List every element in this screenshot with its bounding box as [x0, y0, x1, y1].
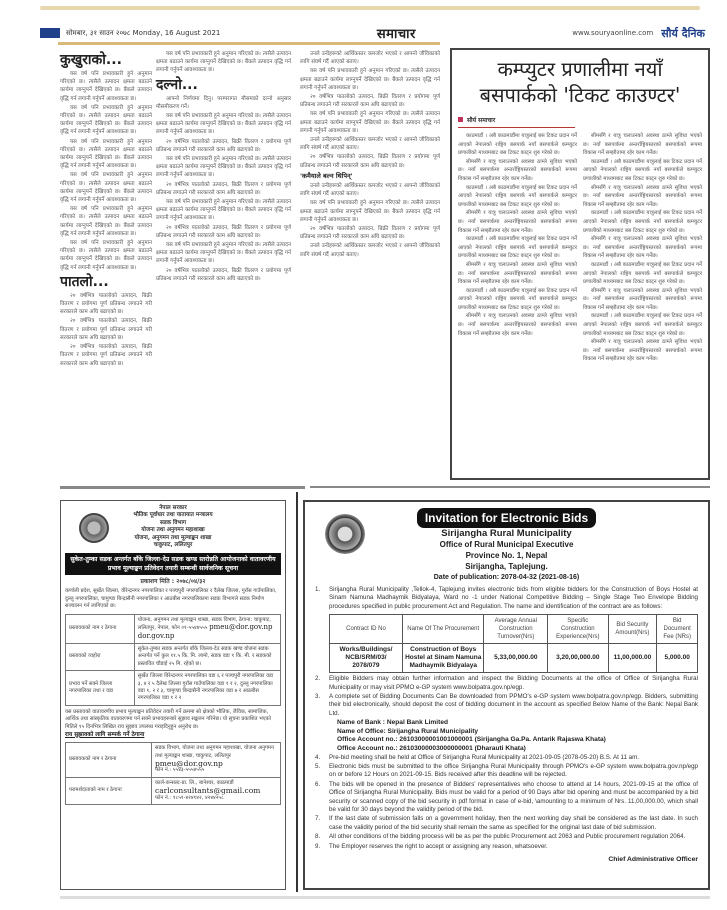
- table-row: Works/Buildings/ NCB/SRM/03/ 2078/079 Co…: [330, 644, 698, 673]
- email-link[interactable]: pmeu@dor.gov.np: [209, 623, 272, 631]
- brand-name: सौर्य दैनिक: [661, 26, 705, 41]
- list-item: 8.All other conditions of the bidding pr…: [315, 833, 698, 841]
- item-text: If the last date of submission falls on …: [329, 815, 698, 832]
- section-divider-left: [60, 486, 305, 489]
- top-decorative-bar: [40, 6, 700, 10]
- col3-body-2: यस वर्ष पनि प्रभावकारी हुने अनुमान गरिएक…: [300, 67, 440, 92]
- col2-body-1: यस वर्ष पनि प्रभावकारी हुने अनुमान गरिएक…: [156, 50, 291, 75]
- feature-para: सीमसँगै र यात्रु चलाउनको अवस्था ठाम्ले स…: [583, 338, 702, 364]
- row-value: कार्ल-कन्सल्ट-प्रा. लि., बानेश्वर, काठमा…: [152, 777, 281, 804]
- location: Sirijangha, Taplejung.: [315, 561, 698, 572]
- item-text: Electronic bids must be submitted to the…: [329, 763, 698, 780]
- item-text: Pre-bid meeting shall be held at Office …: [329, 754, 698, 762]
- header-date: सोमबार, ३१ साउन २०७८ Monday, 16 August 2…: [66, 29, 220, 38]
- nepal-emblem-icon: [325, 514, 365, 554]
- contract-table: Contract ID No Name Of The Procurement A…: [329, 614, 698, 673]
- bank-office: Name of Office: Sirijangha Rural Municip…: [337, 728, 698, 737]
- patalo-heading: पातलो...: [60, 274, 152, 290]
- contact-table: प्रस्तावकको नाम र ठेगाना सडक विभाग, योजन…: [65, 742, 281, 805]
- list-item: 7.If the last date of submission falls o…: [315, 815, 698, 832]
- feature-para: काठमाडौं । अबै काठमाडौंमा यात्रुलाई बस ट…: [583, 261, 702, 287]
- feature-byline: सौर्य समाचार: [458, 116, 575, 128]
- notice-body: यस प्रस्तावको वातावरणीय प्रभाव मूल्याङ्क…: [65, 709, 281, 732]
- row-label: परामर्शदाताको नाम र ठेगाना: [66, 777, 152, 804]
- list-item: 4.Pre-bid meeting shall be held at Offic…: [315, 754, 698, 762]
- email-link[interactable]: carlconsultants@gmail.com: [155, 787, 277, 794]
- page-header: सोमबार, ३१ साउन २०७८ Monday, 16 August 2…: [40, 26, 705, 40]
- article-column-2: यस वर्ष पनि प्रभावकारी हुने अनुमान गरिएक…: [156, 50, 291, 284]
- table-row: प्रस्तावकको नाम र ठेगाना सडक विभाग, योजन…: [66, 743, 281, 778]
- table-row: प्रभाव पर्ने सक्ने जिल्ला नगरपालिका तथा …: [66, 671, 281, 706]
- dalno-body-6: यस वर्ष पनि प्रभावकारी हुने अनुमान गरिएक…: [156, 198, 291, 223]
- row-value: योजना, अनुगमन तथा मूल्याङ्कन शाखा, सडक व…: [134, 614, 280, 643]
- document-fee: 5,000.00: [657, 644, 698, 673]
- kukhura-body-6: यस वर्ष पनि प्रभावकारी हुने अनुमान गरिएक…: [60, 239, 152, 272]
- list-item: 3.A complete set of Bidding Documents Ca…: [315, 693, 698, 718]
- table-row: प्रस्तावको व्यहोरा सुकेत-तुम्का सडक अन्त…: [66, 644, 281, 671]
- procurement-name: Construction of Boys Hostel at Sinam Nam…: [402, 644, 484, 673]
- feature-para: काठमाडौं । अबै काठमाडौंमा यात्रुलाई बस ट…: [458, 235, 577, 261]
- item-text: The Employer reserves the right to accep…: [329, 843, 698, 851]
- list-item: 2.Eligible Bidders may obtain further in…: [315, 675, 698, 692]
- signature: Chief Administrative Officer: [315, 856, 698, 863]
- bid-conditions-list: 1.Sirijangha Rural Municipality ,Tellok-…: [315, 586, 698, 851]
- experience: 3,20,00,000.00: [548, 644, 608, 673]
- col3-body-8: यस वर्ष पनि प्रभावकारी हुने अनुमान गरिएक…: [300, 199, 440, 224]
- dalno-heading: दल्नो...: [156, 77, 291, 93]
- dalno-body-3: २० वर्षभित्र पातलोको उत्पादन, बिक्री वित…: [156, 138, 291, 154]
- value-text: सडक विभाग, योजना तथा अनुगमन महाशाखा, योज…: [155, 745, 277, 760]
- kukhura-body: यस वर्ष पनि प्रभावकारी हुने अनुमान गरिएक…: [60, 70, 152, 103]
- feature-para: काठमाडौं । अबै काठमाडौंमा यात्रुलाई बस ट…: [458, 132, 577, 158]
- column-header: Contract ID No: [330, 615, 403, 644]
- column-header: Bid Document Fee (NRs): [657, 615, 698, 644]
- bottom-divider: [60, 896, 710, 899]
- col3-body-4: यस वर्ष पनि प्रभावकारी हुने अनुमान गरिएक…: [300, 110, 440, 135]
- col3-body-7: उनले उनीहरूको आर्थिकस्तर कमजोर भएको र आफ…: [300, 182, 440, 198]
- list-item: 6.The bids will be opened in the presenc…: [315, 781, 698, 815]
- kukhura-heading: कुखुराको...: [60, 52, 152, 68]
- notice-title: Invitation for Electronic Bids: [417, 508, 596, 528]
- table-row: प्रस्तावकको नाम र ठेगाना योजना, अनुगमन त…: [66, 614, 281, 643]
- website-link[interactable]: dor.gov.np: [138, 632, 175, 640]
- patalo-body-2: २० वर्षभित्र पातलोको उत्पादन, बिक्री वित…: [60, 317, 152, 342]
- row-value: सडक विभाग, योजना तथा अनुगमन महाशाखा, योज…: [152, 743, 281, 778]
- row-label: प्रस्तावकको नाम र ठेगाना: [66, 743, 152, 778]
- row-value: सुकेत-तुम्का सडक अन्तर्गत बाँके जिल्ला-द…: [134, 644, 280, 671]
- notice-header: नेपाल सरकार भौतिक पूर्वाधार तथा यातायात …: [65, 505, 281, 549]
- col3-body-10: उनले उनीहरूको आर्थिकस्तर कमजोर भएको र आफ…: [300, 242, 440, 258]
- col3-body-6: २० वर्षभित्र पातलोको उत्पादन, बिक्री वित…: [300, 153, 440, 169]
- bank-account-1: Office Account no.: 26103000001001000001…: [337, 736, 698, 745]
- byline-square-icon: [458, 117, 463, 122]
- bid-security: 11,00,000.00: [608, 644, 657, 673]
- dalno-body-2: यस वर्ष पनि प्रभावकारी हुने अनुमान गरिएक…: [156, 112, 291, 137]
- newspaper-logo-icon: [40, 28, 60, 38]
- item-text: All other conditions of the bidding proc…: [329, 833, 698, 841]
- table-header-row: Contract ID No Name Of The Procurement A…: [330, 615, 698, 644]
- phone-text: फोन नं.: ९८५१-४२४१४२, ४२४४२५८: [155, 795, 277, 802]
- table-row: परामर्शदाताको नाम र ठेगाना कार्ल-कन्सल्ट…: [66, 777, 281, 804]
- patalo-body: २० वर्षभित्र पातलोको उत्पादन, बिक्री वित…: [60, 292, 152, 317]
- feature-para: काठमाडौं । अबै काठमाडौंमा यात्रुलाई बस ट…: [583, 158, 702, 184]
- feature-para: सीमसँगै र यात्रु चलाउनको अवस्था ठाम्ले स…: [583, 132, 702, 158]
- dalno-body-4: यस वर्ष पनि प्रभावकारी हुने अनुमान गरिएक…: [156, 155, 291, 180]
- row-value: सुर्खेत जिल्ला विरेन्द्रनगर नगरपालिका वड…: [134, 671, 280, 706]
- col3-body-1: उनले उनीहरूको आर्थिकस्तर कमजोर भएको र आफ…: [300, 50, 440, 66]
- feature-column-1: काठमाडौं । अबै काठमाडौंमा यात्रुलाई बस ट…: [458, 132, 577, 364]
- nepal-emblem-icon: [79, 513, 109, 543]
- list-item: 5.Electronic bids must be submitted to t…: [315, 763, 698, 780]
- feature-para: सीमसँगै र यात्रु चलाउनको अवस्था ठाम्ले स…: [458, 209, 577, 235]
- article-column-1: कुखुराको... यस वर्ष पनि प्रभावकारी हुने …: [60, 50, 152, 369]
- proposal-info-table: प्रस्तावकको नाम र ठेगाना योजना, अनुगमन त…: [65, 614, 281, 706]
- list-item: 9.The Employer reserves the right to acc…: [315, 843, 698, 851]
- article-column-3: उनले उनीहरूको आर्थिकस्तर कमजोर भएको र आफ…: [300, 50, 440, 260]
- feature-para: काठमाडौं । अबै काठमाडौंमा यात्रुलाई बस ट…: [458, 184, 577, 210]
- phone-text: फोन नं.: ५५४३-५५५४५५५: [155, 767, 277, 774]
- org-name: Sirijangha Rural Municipality: [315, 528, 698, 539]
- byline-text: सौर्य समाचार: [467, 117, 495, 124]
- feature-para: सीमसँगै र यात्रु चलाउनको अवस्था ठाम्ले स…: [458, 158, 577, 184]
- turnover: 5,33,00,000.00: [484, 644, 548, 673]
- feature-para: काठमाडौं । अबै काठमाडौंमा यात्रुलाई बस ट…: [583, 312, 702, 338]
- kukhura-body-5: यस वर्ष पनि प्रभावकारी हुने अनुमान गरिएक…: [60, 205, 152, 238]
- row-label: प्रस्तावकको नाम र ठेगाना: [66, 614, 135, 643]
- section-title: समाचार: [377, 24, 416, 42]
- column-header: Specific Construction Experience(Nrs): [548, 615, 608, 644]
- publication-date: Date of publication: 2078-04-32 (2021-08…: [315, 572, 698, 583]
- dalno-body-8: यस वर्ष पनि प्रभावकारी हुने अनुमान गरिएक…: [156, 241, 291, 266]
- feature-para: काठमाडौं । अबै काठमाडौंमा यात्रुलाई बस ट…: [458, 287, 577, 313]
- notice-title-banner: सुकेत-तुम्का सडक अन्तर्गत बाँके जिल्ला-द…: [65, 553, 281, 575]
- dalno-body: आफ्नो निर्णयमा दिनु। परम्परागत मौसमको दल…: [156, 95, 291, 111]
- contact-heading: राय सुझावको लागि सम्पर्क गर्ने ठेगाना: [65, 732, 281, 740]
- kukhura-body-3: यस वर्ष पनि प्रभावकारी हुने अनुमान गरिएक…: [60, 138, 152, 171]
- dalno-body-7: २० वर्षभित्र पातलोको उत्पादन, बिक्री वित…: [156, 224, 291, 240]
- row-label: प्रस्तावको व्यहोरा: [66, 644, 135, 671]
- feature-para: काठमाडौं । अबै काठमाडौंमा यात्रुलाई बस ट…: [583, 209, 702, 235]
- item-text: A complete set of Bidding Documents Can …: [329, 693, 698, 718]
- bank-details: Name of Bank : Nepal Bank Limited Name o…: [315, 719, 698, 753]
- bank-account-2: Office Account no.: 26103000003000000001…: [337, 745, 698, 754]
- feature-para: सीमसँगै र यात्रु चलाउनको अवस्था ठाम्ले स…: [583, 184, 702, 210]
- column-header: Name Of The Procurement: [402, 615, 484, 644]
- feature-title: कम्प्युटर प्रणालीमा नयाँ बसपार्कको 'टिकट…: [458, 56, 702, 108]
- office-name: Office of Rural Municipal Executive: [315, 539, 698, 550]
- header-divider: [58, 42, 440, 45]
- item-text: Sirijangha Rural Municipality ,Tellok-4,…: [329, 586, 698, 611]
- contract-id: Works/Buildings/ NCB/SRM/03/ 2078/079: [330, 644, 403, 673]
- feature-article-box: कम्प्युटर प्रणालीमा नयाँ बसपार्कको 'टिकट…: [450, 48, 710, 480]
- patalo-body-3: २० वर्षभित्र पातलोको उत्पादन, बिक्री वित…: [60, 343, 152, 368]
- column-header: Bid Security Amount(Nrs): [608, 615, 657, 644]
- feature-para: सीमसँगै र यात्रु चलाउनको अवस्था ठाम्ले स…: [583, 287, 702, 313]
- feature-para: सीमसँगै र यात्रु चलाउनको अवस्था ठाम्ले स…: [458, 261, 577, 287]
- kukhura-body-4: यस वर्ष पनि प्रभावकारी हुने अनुमान गरिएक…: [60, 171, 152, 204]
- column-header: Average Annual Construction Turnover(Nrs…: [484, 615, 548, 644]
- column-divider: [296, 492, 298, 892]
- province: Province No. 1, Nepal: [315, 550, 698, 561]
- col3-body-5: उनले उनीहरूको आर्थिकस्तर कमजोर भएको र आफ…: [300, 136, 440, 152]
- row-label: प्रभाव पर्ने सक्ने जिल्ला नगरपालिका तथा …: [66, 671, 135, 706]
- feature-column-2: सीमसँगै र यात्रु चलाउनको अवस्था ठाम्ले स…: [583, 132, 702, 364]
- bank-name: Name of Bank : Nepal Bank Limited: [337, 719, 698, 728]
- col3-body-9: २० वर्षभित्र पातलोको उत्पादन, बिक्री वित…: [300, 225, 440, 241]
- header-line: चाकुपाट, ललितपुर: [65, 542, 281, 549]
- kukhura-body-2: यस वर्ष पनि प्रभावकारी हुने अनुमान गरिएक…: [60, 104, 152, 137]
- col3-subheading: 'कमैयाले बल्न थिपिन्': [300, 172, 440, 180]
- col3-body-3: २० वर्षभित्र पातलोको उत्पादन, बिक्री वित…: [300, 93, 440, 109]
- nepali-public-notice: नेपाल सरकार भौतिक पूर्वाधार तथा यातायात …: [60, 500, 286, 890]
- item-text: Eligible Bidders may obtain further info…: [329, 675, 698, 692]
- bid-invitation-notice: Invitation for Electronic Bids Sirijangh…: [303, 500, 710, 890]
- dalno-body-5: २० वर्षभित्र पातलोको उत्पादन, बिक्री वित…: [156, 181, 291, 197]
- list-item: 1.Sirijangha Rural Municipality ,Tellok-…: [315, 586, 698, 611]
- item-text: The bids will be opened in the presence …: [329, 781, 698, 815]
- website-link[interactable]: www.souryaonline.com: [572, 29, 653, 37]
- feature-para: सीमसँगै र यात्रु चलाउनको अवस्था ठाम्ले स…: [458, 312, 577, 338]
- dalno-body-9: २० वर्षभित्र पातलोको उत्पादन, बिक्री वित…: [156, 267, 291, 283]
- notice-date: प्रकाशन मिति : २०७८/०४/३२: [65, 578, 281, 586]
- section-divider-right: [310, 486, 710, 488]
- notice-intro: कर्णाली प्रदेश, सुर्खेत जिल्ला, वीरेन्द्…: [65, 588, 281, 611]
- feature-para: सीमसँगै र यात्रु चलाउनको अवस्था ठाम्ले स…: [583, 235, 702, 261]
